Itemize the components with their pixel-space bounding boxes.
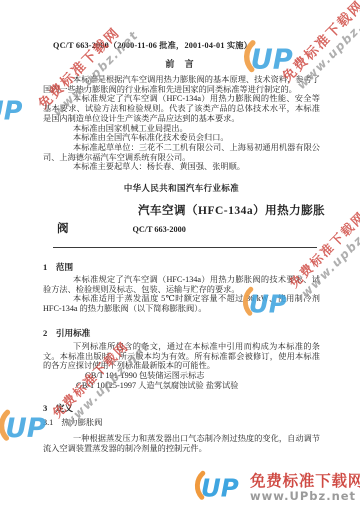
footer-site-url: www.UPbz.net xyxy=(250,489,356,503)
references-paragraph: 下列标准所包含的条文，通过在本标准中引用而构成为本标准的条文。本标准出版时，所示… xyxy=(43,342,320,371)
upbz-logo-icon xyxy=(194,465,248,507)
section-heading-references: 2 引用标准 xyxy=(43,327,90,339)
document-number: QC/T 663-2000 xyxy=(133,225,186,234)
foreword-paragraph: 本标准主要起草人：杨长春、黄国强、张明顺。 xyxy=(43,162,320,172)
header-divider xyxy=(53,247,317,248)
references-body: 下列标准所包含的条文，通过在本标准中引用而构成为本标准的条文。本标准出版时，所示… xyxy=(43,342,320,391)
reference-item: GB/T 191-1990 包装储运图示标志 xyxy=(43,371,320,381)
upbz-logo-icon xyxy=(0,404,56,448)
upbz-logo-icon xyxy=(243,36,303,78)
standard-document-page: QC/T 663-2000（2000-11-06 批准，2001-04-01 实… xyxy=(0,0,360,509)
foreword-paragraph: 本标准由国家机械工业局提出。 xyxy=(43,124,320,134)
industry-standard-heading: 中华人民共和国汽车行业标准 xyxy=(43,182,320,194)
standard-ref-header: QC/T 663-2000（2000-11-06 批准，2001-04-01 实… xyxy=(53,40,252,51)
document-title-wrap-char: 阀 xyxy=(57,220,69,236)
upbz-logo-icon xyxy=(242,283,296,321)
document-title-line1: 汽车空调（HFC-134a）用热力膨胀 xyxy=(138,202,325,218)
foreword-paragraph: 本标准由全国汽车标准化技术委员会归口。 xyxy=(43,133,320,143)
footer-site-name: 免费标准下载网 xyxy=(250,469,360,491)
foreword-paragraph: 本标准起草单位：三花不二工机有限公司、上海易初通用机器有限公司、上海德尔福汽车空… xyxy=(43,143,320,162)
section-heading-scope: 1 范围 xyxy=(43,261,73,273)
document-title-line2: 阀 QC/T 663-2000 xyxy=(57,220,186,236)
definition-paragraph: 一种根据蒸发压力和蒸发器出口气态制冷剂过热度的变化，自动调节流入空调装置蒸发器的… xyxy=(43,434,320,453)
foreword-paragraph: 本标准规定了汽车空调（HFC-134a）用热力膨胀阀的性能、安全等基本要求、试验… xyxy=(43,94,320,123)
upbz-logo-icon xyxy=(0,90,32,128)
reference-item: GB/T 10125-1997 人造气氛腐蚀试验 盐雾试验 xyxy=(43,381,320,391)
foreword-body: 本标准是根据汽车空调用热力膨胀阀的基本原理、技术资料，参考了国内一些热力膨胀阀的… xyxy=(43,75,320,172)
definitions-body: 一种根据蒸发压力和蒸发器出口气态制冷剂过热度的变化，自动调节流入空调装置蒸发器的… xyxy=(43,434,320,453)
